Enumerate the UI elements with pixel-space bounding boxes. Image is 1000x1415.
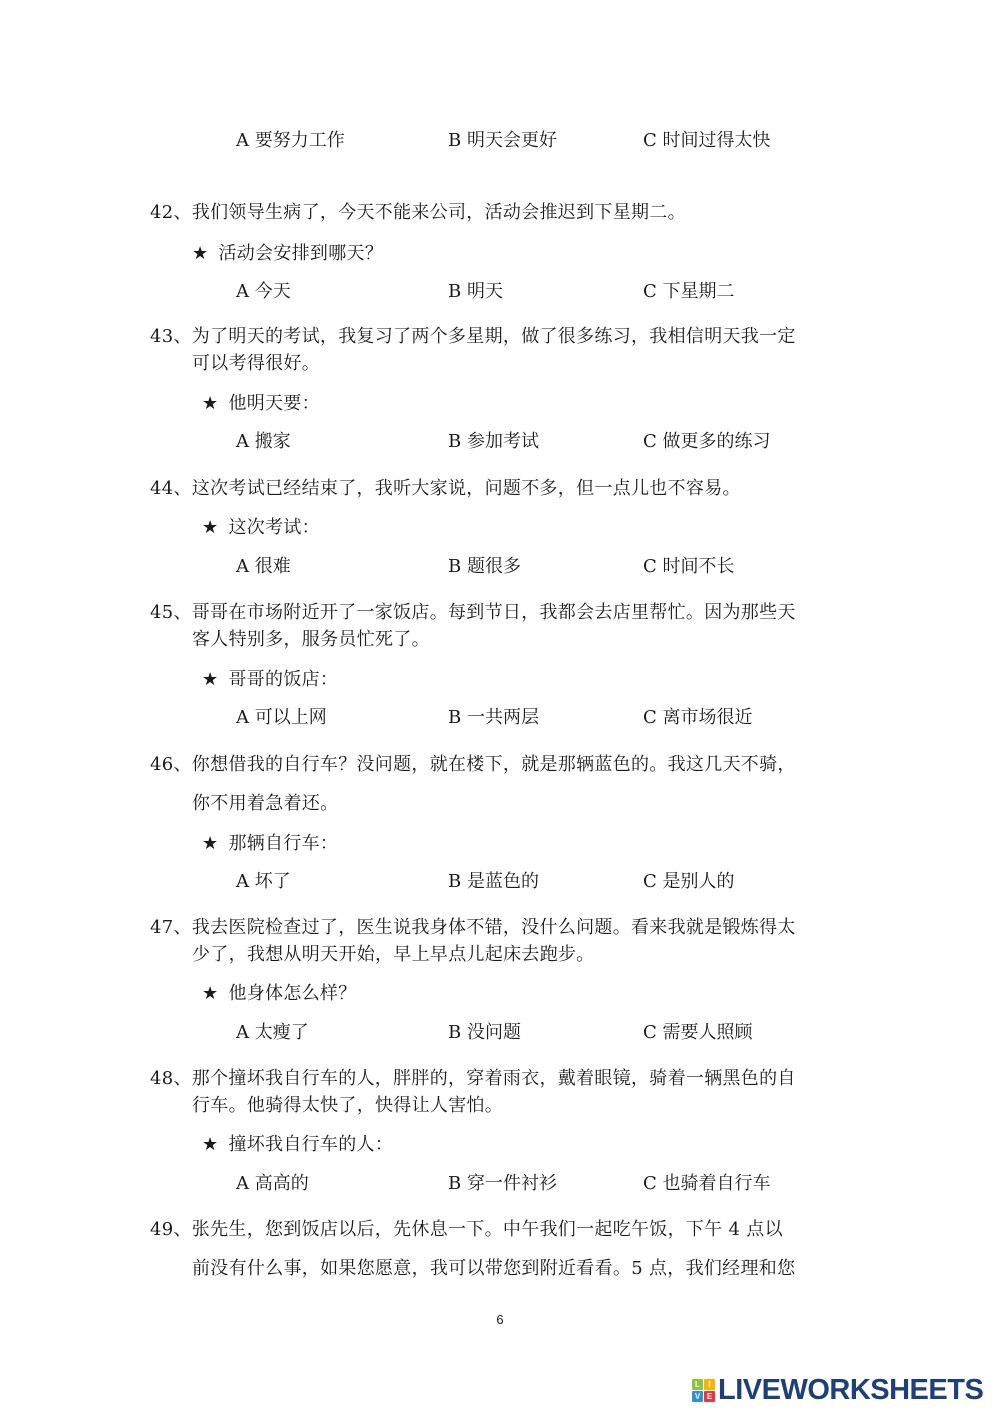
q43-option-c: C 做更多的练习 <box>643 430 771 454</box>
q44-text: 44、这次考试已经结束了，我听大家说，问题不多，但一点儿也不容易。 <box>150 477 741 501</box>
q46-option-c: C 是别人的 <box>643 870 735 894</box>
q45-question: ★哥哥的饭店： <box>202 668 338 692</box>
q42-question: ★活动会安排到哪天？ <box>192 242 383 266</box>
q43-question-text: 他明天要： <box>228 393 320 414</box>
star-icon: ★ <box>202 669 218 690</box>
star-icon: ★ <box>202 517 218 538</box>
q46-option-b: B 是蓝色的 <box>448 870 539 894</box>
q45-option-b: B 一共两层 <box>448 706 539 730</box>
q41-option-c: C 时间过得太快 <box>643 129 771 153</box>
q48-option-c: C 也骑着自行车 <box>643 1172 771 1196</box>
q41-option-b: B 明天会更好 <box>448 129 557 153</box>
q44-option-c: C 时间不长 <box>643 555 735 579</box>
q41-option-a: A 要努力工作 <box>236 129 345 153</box>
q48-option-a: A 高高的 <box>236 1172 309 1196</box>
logo-text: LIVEWORKSHEETS <box>718 1374 983 1407</box>
q47-option-b: B 没问题 <box>448 1021 521 1045</box>
q43-option-a: A 搬家 <box>236 430 291 454</box>
q46-text-line2: 你不用着急着还。 <box>192 792 338 816</box>
page-number: 6 <box>0 1312 1000 1327</box>
star-icon: ★ <box>202 833 218 854</box>
star-icon: ★ <box>192 243 208 264</box>
q42-text: 42、我们领导生病了，今天不能来公司，活动会推迟到下星期二。 <box>150 201 686 225</box>
q45-option-c: C 离市场很近 <box>643 706 753 730</box>
q45-text-line2: 客人特别多，服务员忙死了。 <box>192 628 430 652</box>
liveworksheets-logo[interactable]: L I V E LIVEWORKSHEETS <box>692 1376 983 1404</box>
q43-option-b: B 参加考试 <box>448 430 539 454</box>
q48-question: ★撞坏我自行车的人： <box>202 1133 393 1157</box>
q48-text-line1: 48、那个撞坏我自行车的人，胖胖的，穿着雨衣，戴着眼镜，骑着一辆黑色的自 <box>150 1067 796 1091</box>
star-icon: ★ <box>202 393 218 414</box>
logo-tile-l: L <box>692 1379 703 1390</box>
q42-option-c: C 下星期二 <box>643 280 735 304</box>
q46-question: ★那辆自行车： <box>202 832 338 856</box>
q47-option-a: A 太瘦了 <box>236 1021 309 1045</box>
q42-question-text: 活动会安排到哪天？ <box>218 243 383 264</box>
q48-text-line2: 行车。他骑得太快了，快得让人害怕。 <box>192 1094 503 1118</box>
q47-question-text: 他身体怎么样？ <box>228 983 356 1004</box>
q47-text-line1: 47、我去医院检查过了，医生说我身体不错，没什么问题。看来我就是锻炼得太 <box>150 916 796 940</box>
q46-option-a: A 坏了 <box>236 870 291 894</box>
logo-grid-icon: L I V E <box>692 1379 715 1402</box>
q44-question-text: 这次考试： <box>228 517 320 538</box>
q44-question: ★这次考试： <box>202 516 320 540</box>
logo-tile-i: I <box>704 1379 715 1390</box>
q47-option-c: C 需要人照顾 <box>643 1021 753 1045</box>
q48-option-b: B 穿一件衬衫 <box>448 1172 557 1196</box>
q46-question-text: 那辆自行车： <box>228 833 338 854</box>
q44-option-a: A 很难 <box>236 555 291 579</box>
q45-question-text: 哥哥的饭店： <box>228 669 338 690</box>
q45-text-line1: 45、哥哥在市场附近开了一家饭店。每到节日，我都会去店里帮忙。因为那些天 <box>150 601 796 625</box>
q49-text-line1: 49、张先生，您到饭店以后，先休息一下。中午我们一起吃午饭，下午 4 点以 <box>150 1218 783 1242</box>
q42-option-a: A 今天 <box>236 280 291 304</box>
q48-question-text: 撞坏我自行车的人： <box>228 1134 393 1155</box>
star-icon: ★ <box>202 983 218 1004</box>
q42-option-b: B 明天 <box>448 280 503 304</box>
q44-option-b: B 题很多 <box>448 555 521 579</box>
q49-text-line2: 前没有什么事，如果您愿意，我可以带您到附近看看。5 点，我们经理和您 <box>192 1257 795 1281</box>
q45-option-a: A 可以上网 <box>236 706 327 730</box>
q47-text-line2: 少了，我想从明天开始，早上早点儿起床去跑步。 <box>192 943 595 967</box>
q43-question: ★他明天要： <box>202 392 320 416</box>
q43-text-line2: 可以考得很好。 <box>192 352 320 376</box>
q43-text-line1: 43、为了明天的考试，我复习了两个多星期，做了很多练习，我相信明天我一定 <box>150 325 796 349</box>
logo-tile-v: V <box>692 1391 703 1402</box>
star-icon: ★ <box>202 1134 218 1155</box>
q46-text-line1: 46、你想借我的自行车？没问题，就在楼下，就是那辆蓝色的。我这几天不骑， <box>150 753 796 777</box>
q47-question: ★他身体怎么样？ <box>202 982 357 1006</box>
logo-tile-e: E <box>704 1391 715 1402</box>
